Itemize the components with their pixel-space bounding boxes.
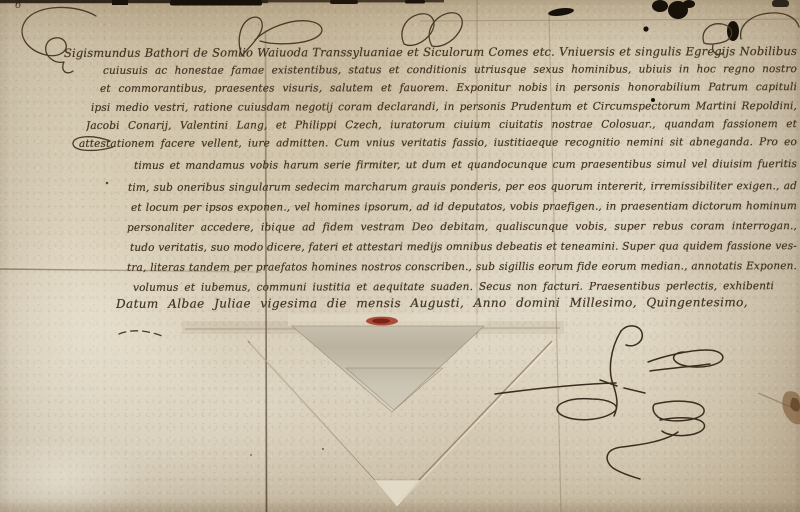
ink-dot-a bbox=[643, 26, 648, 31]
seal-fold bbox=[248, 314, 553, 507]
seal-fold-inner-triangle bbox=[346, 368, 443, 410]
manuscript-line-3: et commorantibus, praesentes visuris, sa… bbox=[100, 80, 797, 97]
top-edge-shadow bbox=[0, 0, 789, 7]
seal-fold-flap-triangle bbox=[292, 326, 484, 412]
top-right-arc-flourish bbox=[741, 13, 799, 39]
manuscript-line-10: personaliter accedere, ibique ad fidem v… bbox=[127, 219, 797, 236]
fold-band-horizontal bbox=[182, 321, 564, 334]
ink-speck-1 bbox=[106, 182, 109, 185]
ink-blot-b bbox=[668, 1, 688, 19]
manuscript-line-6: attestationem facere vellent, iure admit… bbox=[79, 135, 797, 152]
manuscript-line-2: cuiusuis ac honestae famae existentibus,… bbox=[103, 62, 797, 79]
wax-seal-core bbox=[372, 318, 390, 323]
top-edge-blob-5 bbox=[772, 0, 789, 7]
manuscript-line-4: ipsi medio vestri, ratione cuiusdam nego… bbox=[91, 99, 797, 116]
manuscript-line-13: volumus et iubemus, communi iustitia et … bbox=[133, 279, 774, 296]
signature-lower-left-oval bbox=[557, 399, 617, 420]
manuscript-line-1: Sigismundus Bathori de Somlio Waiuoda Tr… bbox=[64, 44, 797, 61]
right-edge-stain-outer bbox=[782, 391, 800, 424]
right-edge-stain bbox=[782, 391, 800, 424]
fold-crease-top bbox=[420, 19, 800, 21]
top-edge-blob-3 bbox=[330, 0, 358, 4]
ink-blot-dash bbox=[548, 7, 575, 18]
manuscript-line-9: et locum per ipsos exponen., vel homines… bbox=[131, 199, 797, 216]
manuscript-line-7: timus et mandamus vobis harum serie firm… bbox=[134, 157, 797, 174]
manuscript-line-8: tim, sub oneribus singularum sedecim mar… bbox=[128, 179, 797, 196]
initial-s-flourish bbox=[22, 7, 96, 72]
corner-numeral: 6 bbox=[15, 0, 21, 11]
wax-seal-remnant bbox=[366, 317, 398, 326]
top-edge-strip-left bbox=[0, 0, 268, 3]
manuscript-line-11: tudo veritatis, suo modo dicere, fateri … bbox=[130, 239, 797, 256]
ink-speck-4 bbox=[250, 454, 252, 456]
signature-tail bbox=[607, 432, 678, 479]
signature-head-loop bbox=[621, 326, 642, 346]
signature-upper-loop bbox=[648, 350, 723, 367]
manuscript-line-5: Jacobi Conarij, Valentini Lang, et Phili… bbox=[86, 117, 797, 134]
signature-bar bbox=[650, 364, 710, 371]
signature-flourish bbox=[495, 326, 723, 479]
ascender-flourish-loop-2 bbox=[255, 21, 322, 44]
seal-fold-outer-v-crease bbox=[248, 341, 552, 504]
signature-slant-strokes bbox=[600, 380, 645, 393]
ink-speck-3 bbox=[322, 448, 324, 450]
top-edge-blob-4 bbox=[405, 0, 425, 4]
signature-spine bbox=[610, 331, 621, 416]
seal-fold-apex-triangle bbox=[374, 480, 421, 507]
ascender-flourish-oval-2 bbox=[429, 13, 462, 47]
datum-underline-dashes bbox=[119, 331, 162, 336]
ascender-flourish-oval-1 bbox=[402, 14, 434, 46]
ink-blot-c bbox=[683, 0, 695, 8]
top-edge-strip-mid bbox=[268, 0, 444, 2]
top-edge-blob-2 bbox=[170, 0, 262, 6]
seal-fold-v-highlight bbox=[250, 343, 553, 506]
manuscript-line-datum: Datum Albae Juliae vigesima die mensis A… bbox=[116, 295, 748, 312]
manuscript-line-12: tra, literas tandem per praefatos homine… bbox=[127, 259, 797, 276]
seal-fold-top-strip bbox=[288, 314, 486, 326]
right-edge-stain-core bbox=[790, 398, 800, 412]
signature-lower-right-ovals bbox=[653, 401, 704, 435]
signature-entry-line bbox=[495, 383, 616, 394]
ink-blot-d bbox=[727, 21, 739, 41]
wax-seal-outer bbox=[366, 317, 398, 326]
top-edge-blob-1 bbox=[112, 0, 128, 5]
fold-band-line bbox=[185, 328, 560, 329]
ink-blot-a bbox=[652, 0, 668, 12]
fold-crease-diagonal-right bbox=[758, 393, 800, 411]
manuscript-photo: 6 Sigismundus Bathori de Somlio Waiuoda … bbox=[0, 0, 800, 512]
